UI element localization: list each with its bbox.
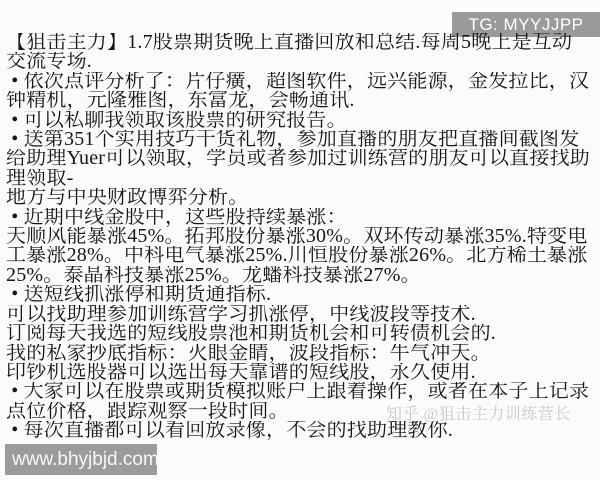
text-line: • 送第351个实用技巧干货礼物，参加直播的朋友把直播间截图发 bbox=[6, 130, 598, 149]
post-title-line: 【狙击主力】1.7股票期货晚上直播回放和总结.每周5晚上是互动 bbox=[6, 33, 598, 52]
text-line: 我的私家抄底指标：火眼金睛，波段指标：牛气冲天。 bbox=[6, 344, 598, 363]
zhihu-author-watermark: 知乎 @狙击主力训练营长 bbox=[386, 401, 571, 424]
text-line: 订阅每天我选的短线股票池和期货机会和可转债机会的. bbox=[6, 324, 598, 343]
text-line: • 依次点评分析了：片仔癀，超图软件，远兴能源，金发拉比，汉 bbox=[6, 72, 598, 91]
text-line: • 送短线抓涨停和期货通指标. bbox=[6, 285, 598, 304]
text-line: • 每次直播都可以看回放录像，不会的找助理教你. bbox=[6, 421, 598, 440]
post-body: 【狙击主力】1.7股票期货晚上直播回放和总结.每周5晚上是互动 交流专场. • … bbox=[6, 33, 598, 441]
text-line: • 近期中线金股中，这些股持续暴涨： bbox=[6, 208, 598, 227]
text-line: 可以找助理参加训练营学习抓涨停，中线波段等技术. bbox=[6, 305, 598, 324]
text-line: 印钞机选股器可以选出每天靠谱的短线股，永久使用. bbox=[6, 363, 598, 382]
text-line: 交流专场. bbox=[6, 52, 598, 71]
text-line: • 可以私聊我领取该股票的研究报告。 bbox=[6, 111, 598, 130]
text-line: 地方与中央财政博弈分析。 bbox=[6, 188, 598, 207]
text-line: 给助理Yuer可以领取，学员或者参加过训练营的朋友可以直接找助 bbox=[6, 149, 598, 168]
text-line: 钟精机，元隆雅图，东富龙，会畅通讯. bbox=[6, 91, 598, 110]
text-line: 天顺风能暴涨45%。拓邦股份暴涨30%。双环传动暴涨35%.特变电 bbox=[6, 227, 598, 246]
text-line: 工暴涨28%。中科电气暴涨25%.川恒股份暴涨26%。北方稀土暴涨 bbox=[6, 246, 598, 265]
text-line: 25%。泰晶科技暴涨25%。龙蟠科技暴涨27%。 bbox=[6, 266, 598, 285]
website-url-badge: www.bhyjbjd.com bbox=[5, 444, 157, 475]
text-line: • 大家可以在股票或期货模拟账户上跟着操作，或者在本子上记录 bbox=[6, 382, 598, 401]
text-line: 理领取- bbox=[6, 169, 598, 188]
